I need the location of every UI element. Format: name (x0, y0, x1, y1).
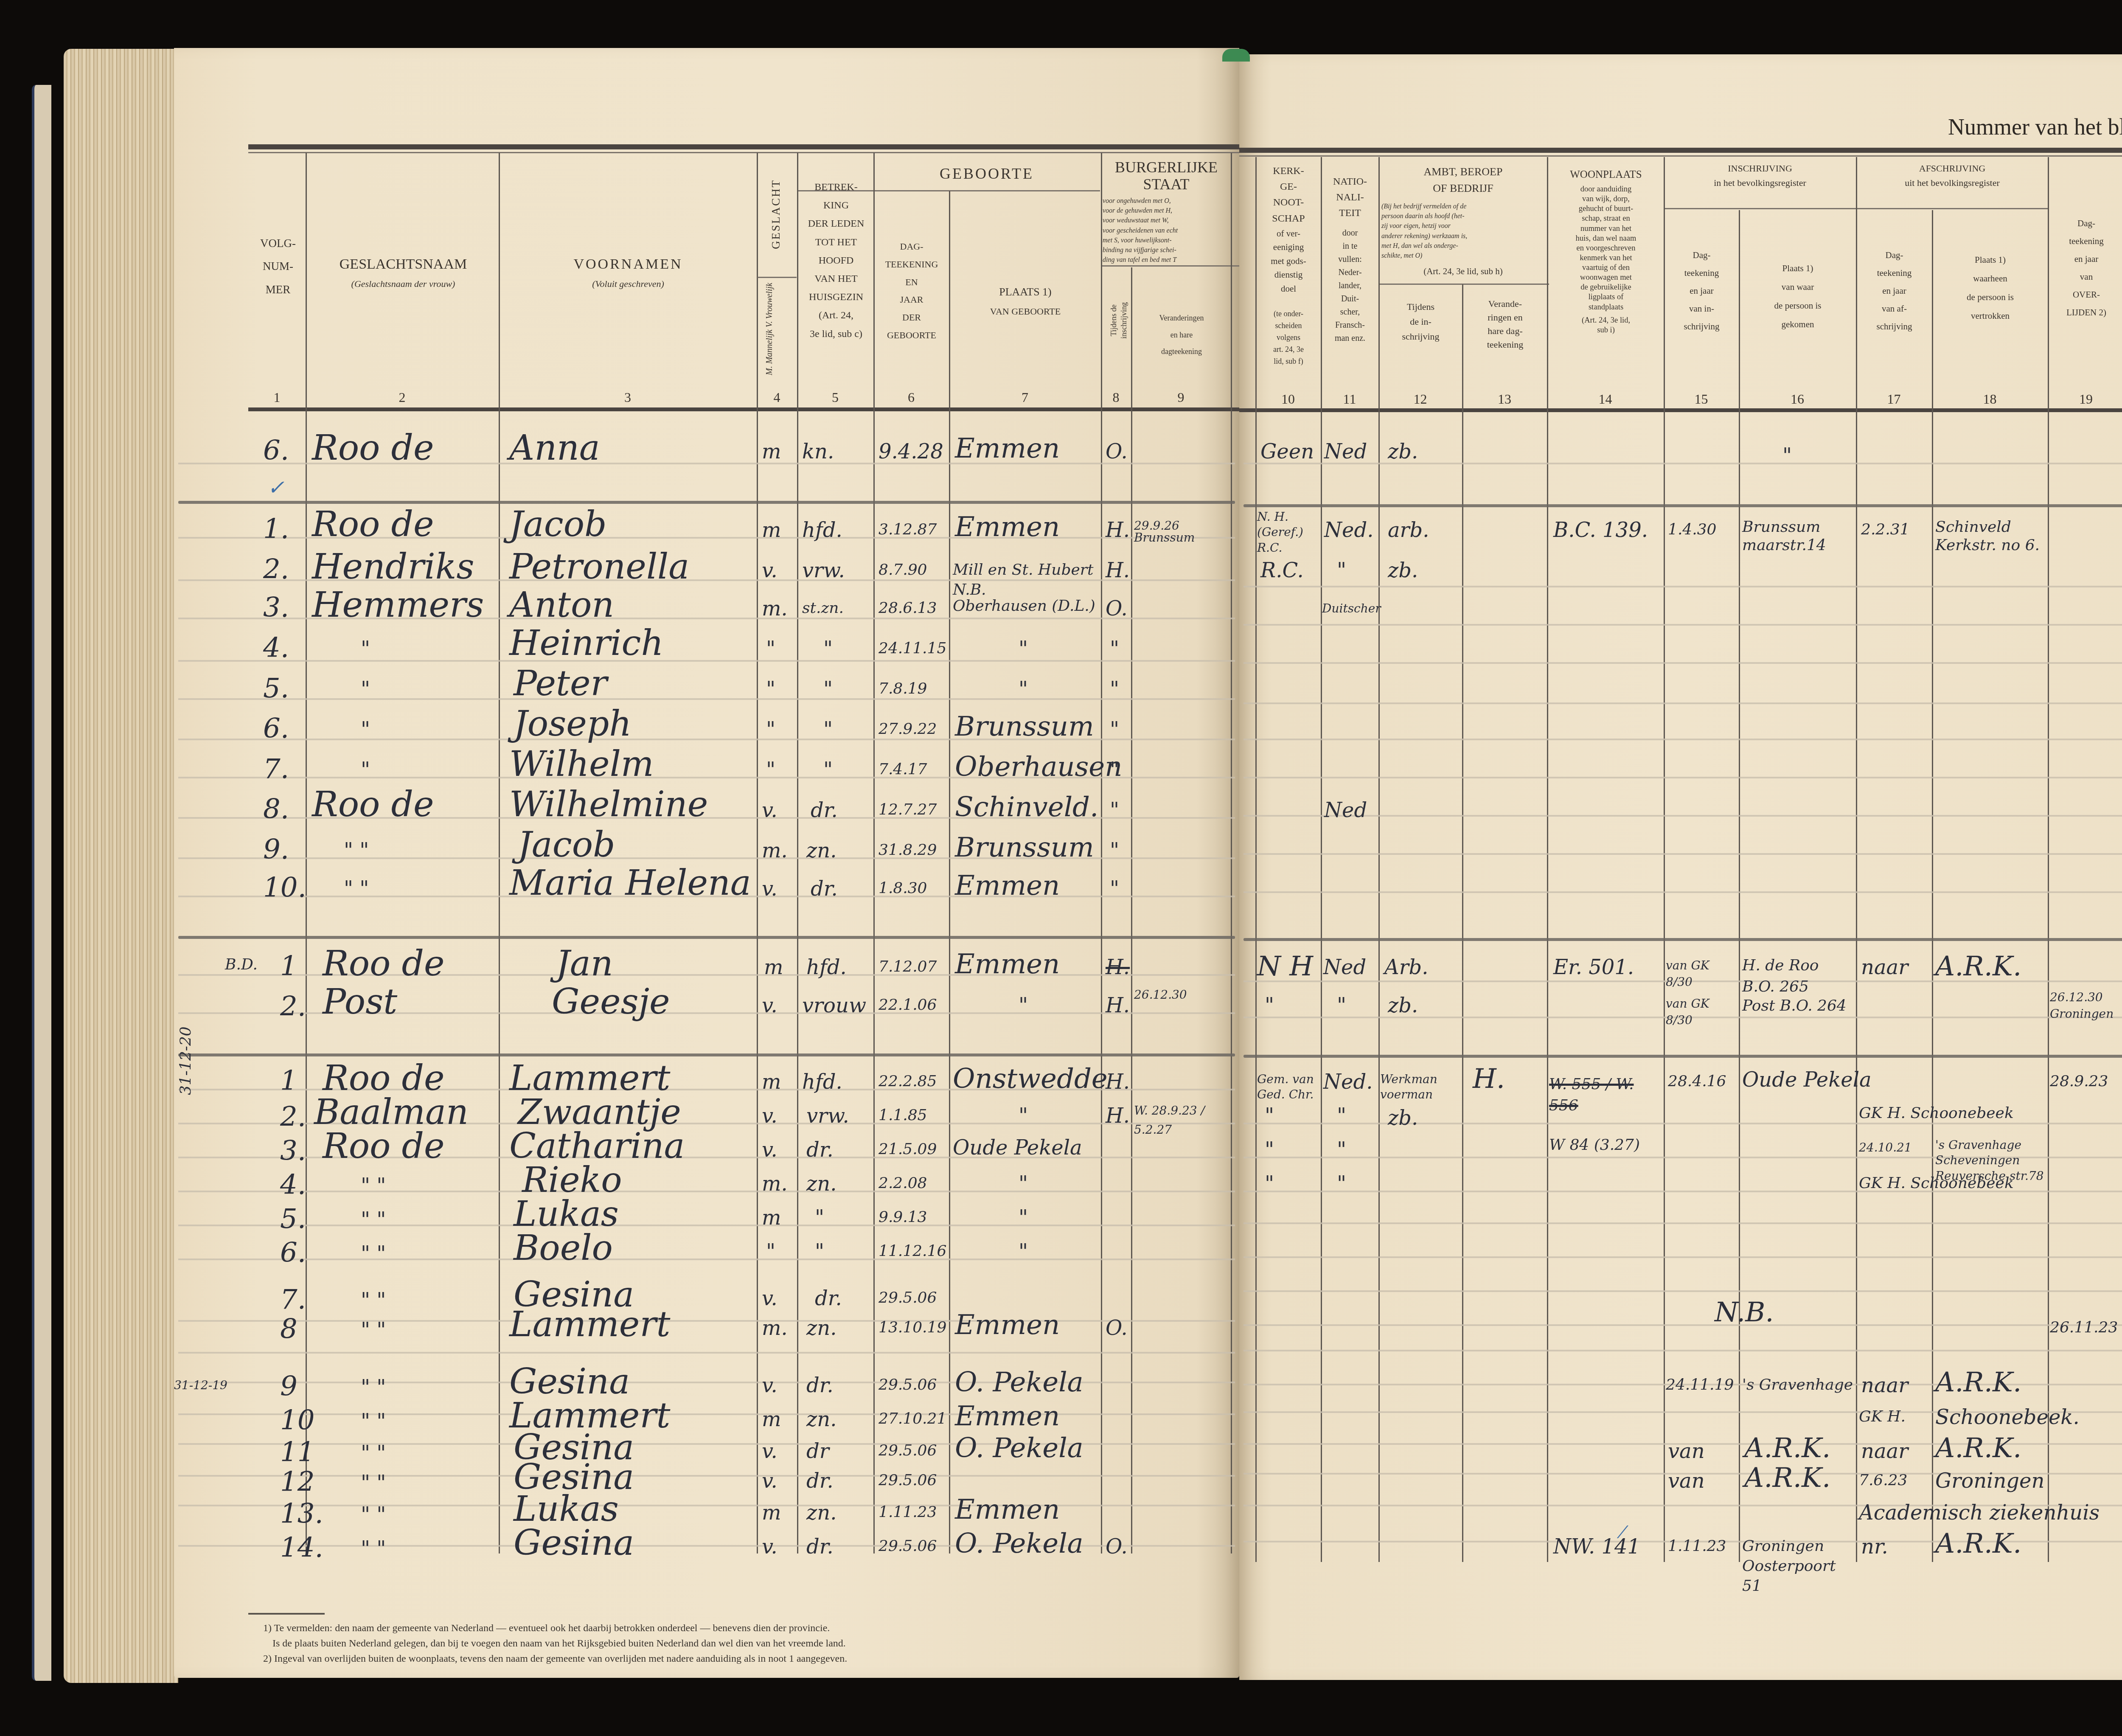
entry-volgnummer: 9 (280, 1373, 298, 1400)
header-insch-plaats: Plaats 1)van waarde persoon isgekomen (1740, 259, 1856, 334)
entry-dob: 28.6.13 (879, 601, 937, 616)
entry-pob: Oberhausen (955, 753, 1122, 781)
entry-afsch-place: Schinveld Kerkstr. no 6. (1935, 518, 2046, 554)
entry-volgnummer: 7. (280, 1286, 306, 1313)
col-divider (873, 153, 875, 1553)
entry-volgnummer: 6. (263, 715, 289, 742)
entry-firstname: Wilhelmine (509, 787, 708, 822)
entry-church: Gem. van Ged. Chr. (1257, 1072, 1321, 1103)
entry-surname: " (361, 639, 370, 659)
entry-afsch-date: 2.2.31 (1861, 522, 1910, 537)
colnum-6: 6 (873, 390, 949, 405)
entry-civil-status: H. (1106, 560, 1130, 581)
header-woonplaats: WOONPLAATS (1548, 168, 1664, 182)
colnum-9: 9 (1131, 390, 1231, 405)
entry-surname: Hemmers (312, 588, 484, 623)
entry-dob: 1.1.85 (879, 1108, 927, 1123)
entry-volgnummer: 11 (280, 1439, 314, 1466)
footnotes: 1) Te vermelden: den naam der gemeente v… (263, 1621, 847, 1666)
entry-church: N H (1257, 953, 1313, 980)
entry-nationality: Ned (1324, 800, 1367, 820)
entry-sex: m (762, 520, 781, 540)
header-geboorte: GEBOORTE (874, 163, 1099, 184)
entry-surname: Roo de (323, 947, 445, 981)
entry-firstname: Geesje (552, 985, 670, 1020)
entry-firstname: Lammert (509, 1061, 671, 1096)
entry-pob: Brunssum (955, 713, 1094, 740)
household-separator (178, 501, 1235, 504)
entry-dob: 13.10.19 (879, 1320, 946, 1335)
colnum-4: 4 (757, 390, 797, 405)
entry-firstname: Zwaantje (518, 1095, 681, 1130)
header-betrekking: BETREK-KINGDER LEDENTOT HETHOOFDVAN HETH… (798, 178, 874, 343)
entry-occupation: arb. (1388, 520, 1429, 540)
household-separator (1243, 1055, 2122, 1058)
col-divider (1932, 210, 1933, 1562)
entry-firstname: Wilhelm (509, 747, 654, 782)
header-top-thin-right (1239, 155, 2122, 157)
entry-dob: 27.10.21 (879, 1411, 946, 1427)
entry-death-date: 26.12.30 Groningen (2050, 989, 2122, 1022)
header-geslacht: GESLACHT (768, 172, 783, 257)
entry-dob: 8.7.90 (879, 562, 927, 578)
header-afsch-dag: Dag-teekeningen jaarvan af-schrijving (1857, 246, 1932, 335)
entry-dob: 1.11.23 (879, 1505, 937, 1520)
header-inschrijving: INSCHRIJVINGin het bevolkingsregister (1664, 161, 1855, 190)
household-separator (1243, 504, 2122, 507)
entry-firstname: Maria Helena (509, 866, 751, 901)
entry-pob: O. Pekela (955, 1369, 1083, 1396)
header-kerkgenootschap: KERK-GE-NOOT-SCHAP of ver-eenigingmet go… (1256, 163, 1321, 368)
entry-pob: Emmen (955, 435, 1060, 462)
household-separator (178, 1053, 1235, 1056)
colnum-14: 14 (1547, 391, 1664, 407)
entry-volgnummer: 8 (280, 1316, 298, 1343)
entry-volgnummer: 3. (263, 594, 289, 621)
entry-firstname: Joseph (514, 707, 632, 742)
entry-dob: 22.2.85 (879, 1074, 937, 1089)
entry-pob: Emmen (955, 1496, 1060, 1523)
entry-pob: Mill en St. Hubert N.B. (953, 560, 1099, 600)
entry-occupation: zb. (1388, 441, 1418, 462)
entry-dob: 3.12.87 (879, 522, 937, 537)
entry-relation: vrw. (802, 560, 845, 581)
col-divider (797, 153, 798, 1553)
entry-firstname: Gesina (509, 1365, 630, 1399)
col-divider (1231, 153, 1232, 1553)
entry-pob: Emmen (955, 951, 1060, 978)
entry-pob: Emmen (955, 1312, 1060, 1339)
entry-dob: 27.9.22 (879, 722, 937, 737)
entry-firstname: Heinrich (509, 626, 663, 661)
entry-church: Geen (1260, 441, 1314, 462)
entry-relation: st.zn. (802, 601, 844, 616)
header-volgnummer: VOLG-NUM-MER (250, 236, 306, 297)
entry-volgnummer: 6. (280, 1239, 306, 1267)
entry-volgnummer: 4. (280, 1171, 306, 1199)
entry-volgnummer: 8. (263, 796, 289, 823)
entry-cs-change: 29.9.26 Brunssum (1134, 520, 1229, 544)
entry-firstname: Boelo (514, 1231, 613, 1266)
entry-dob: 11.12.16 (879, 1244, 946, 1259)
colnum-10: 10 (1255, 391, 1321, 407)
header-ambt-note: (Bij het bedrijf vermelden of depersoon … (1381, 202, 1545, 261)
header-geslacht-sub: M. Mannelijk V. Vrouwelijk (764, 280, 775, 378)
entry-firstname: Petronella (509, 550, 689, 584)
colnum-15: 15 (1664, 391, 1739, 407)
entry-volgnummer: 5. (263, 675, 289, 702)
entry-volgnummer: 3. (280, 1138, 306, 1165)
entry-volgnummer: 2. (280, 993, 306, 1020)
entry-volgnummer: 6. (263, 437, 289, 464)
entry-pob: Oberhausen (D.L.) (953, 596, 1099, 616)
entry-dob: 29.5.06 (879, 1290, 937, 1306)
margin-note: 31-12-20 (178, 1026, 194, 1095)
header-plaats-geboorte: PLAATS 1) VAN GEBOORTE (951, 284, 1100, 318)
blue-pencil-mark-icon: ⁄ (1621, 1524, 1624, 1541)
entry-firstname: Peter (514, 666, 607, 701)
entry-dob: 22.1.06 (879, 997, 937, 1013)
check-mark-icon: ✓ (267, 478, 284, 498)
header-geslachtsnaam: GESLACHTSNAAM (Geslachtsnaam der vrouw) (308, 255, 499, 290)
entry-pob: O. Pekela (955, 1530, 1083, 1557)
entry-ditto: " (1782, 446, 1792, 466)
entry-volgnummer: 13. (280, 1500, 323, 1528)
entry-volgnummer: 1 (280, 1067, 298, 1095)
entry-civil-status: O. (1106, 598, 1128, 619)
ambt-group-rule (1379, 284, 1549, 285)
entry-civil-status: H. (1106, 520, 1130, 540)
entry-volgnummer: 1. (263, 516, 289, 543)
header-bottom-rule-right (1239, 408, 2122, 412)
entry-death-date: 28.9.23 (2050, 1074, 2108, 1089)
entry-firstname: Anna (509, 431, 600, 466)
margin-date: 31-12-19 (174, 1379, 227, 1391)
margin-note: B.D. (225, 957, 258, 972)
entry-dob: 29.5.06 (879, 1539, 937, 1554)
entry-residence: W. 555 / W. 556 (1549, 1074, 1634, 1117)
entry-volgnummer: 2. (280, 1104, 306, 1131)
entry-pob: Schinveld. (955, 794, 1098, 821)
entry-occupation: Werkman voerman (1380, 1072, 1463, 1103)
entry-surname: Roo de (312, 431, 434, 466)
page-stack-left (64, 49, 178, 1683)
entry-dob: 1.8.30 (879, 881, 927, 896)
col-divider (1739, 210, 1740, 1562)
entry-pob: Emmen (955, 872, 1060, 899)
header-ambt: AMBT, BEROEPOF BEDRIJF (1379, 163, 1547, 197)
entry-sex: v. (762, 560, 778, 581)
entry-firstname: Gesina (514, 1526, 634, 1561)
colnum-5: 5 (797, 390, 873, 405)
entry-cs-change: W. 28.9.23 / 5.2.27 (1134, 1101, 1229, 1140)
footnote-rule (248, 1613, 325, 1615)
colnum-3: 3 (499, 390, 757, 405)
header-ambt-veranderingen: Verande-ringen enhare dag-teekening (1463, 297, 1547, 351)
entry-firstname: Anton (509, 588, 614, 623)
household-separator (178, 936, 1235, 939)
header-bs-veranderingen: Veranderingenen haredagteekening (1133, 310, 1230, 360)
entry-relation: hfd. (802, 520, 842, 540)
entry-surname: Post (323, 985, 397, 1020)
entry-residence: NW. 141 (1553, 1537, 1640, 1557)
entry-death-date: 26.11.23 (2050, 1320, 2118, 1335)
entry-dob: 29.5.06 (879, 1443, 937, 1458)
entry-dob: 7.8.19 (879, 681, 927, 697)
col-divider (1462, 284, 1463, 1562)
col-divider (306, 153, 307, 1553)
header-top-rule-left (248, 144, 1239, 149)
entry-firstname: Lukas (514, 1197, 619, 1232)
header-burgerlijke-staat: BURGERLIJKESTAAT (1103, 159, 1230, 193)
entry-occupation: zb. (1388, 560, 1418, 581)
entry-dob: 24.11.15 (879, 641, 946, 656)
header-top-thin-left (248, 152, 1239, 153)
colnum-2: 2 (306, 390, 499, 405)
entry-surname: Roo de (323, 1061, 445, 1096)
entry-pob: Emmen (955, 514, 1060, 541)
colnum-12: 12 (1378, 391, 1462, 407)
entry-church: R.C. (1260, 560, 1304, 581)
entry-dob: 9.9.13 (879, 1210, 927, 1225)
sheet-number-label: Nummer van het blad (1948, 114, 2122, 140)
entry-sex: m (762, 441, 781, 462)
entry-dob: 9.4.28 (879, 441, 943, 462)
header-dagteekening: DAG-TEEKENINGENJAARDERGEBOORTE (874, 238, 949, 344)
entry-civil-status: O. (1106, 441, 1128, 462)
entry-residence: B.C. 139. (1553, 520, 1648, 540)
entry-dob: 12.7.27 (879, 802, 937, 817)
entry-volgnummer: 5. (280, 1205, 306, 1233)
book-cover-left (32, 85, 51, 1681)
header-voornamen: VOORNAMEN (Voluit geschreven) (501, 255, 755, 290)
entry-relation: kn. (802, 441, 834, 462)
entry-dob: 7.12.07 (879, 959, 937, 975)
header-ambt-tijdens: Tijdensde in-schrijving (1379, 299, 1462, 344)
entry-surname: Roo de (323, 1129, 445, 1164)
header-afschrijving: AFSCHRIJVINGuit het bevolkingsregister (1857, 161, 2048, 190)
entry-dob: 2.2.08 (879, 1176, 927, 1191)
entry-residence: W 84 (3.27) (1549, 1138, 1640, 1153)
bookmark-ribbon (1222, 49, 1250, 62)
colnum-8: 8 (1101, 390, 1131, 405)
entry-firstname: Rieko (522, 1163, 622, 1198)
entry-pob: Onstwedde (953, 1065, 1108, 1093)
entry-volgnummer: 10 (280, 1407, 314, 1434)
burgerlijke-staat-rule (1101, 265, 1239, 267)
entry-firstname: Catharina (509, 1129, 685, 1164)
header-overlijden: Dag-teekeningen jaarvanOVER-LIJDEN 2) (2049, 214, 2122, 321)
colnum-11: 11 (1321, 391, 1378, 407)
entry-pob: Brunssum (955, 834, 1094, 861)
household-separator (1243, 938, 2122, 941)
entry-firstname: Jacob (518, 828, 615, 862)
entry-dob: 31.8.29 (879, 843, 937, 858)
entry-sex: m. (762, 598, 788, 619)
entry-firstname: Jan (556, 947, 613, 981)
header-bottom-rule-left (248, 407, 1239, 411)
entry-residence: Er. 501. (1553, 957, 1634, 978)
col-divider (1131, 267, 1132, 1553)
header-bs-tijdens: Tijdens de inschrijving (1109, 289, 1129, 352)
header-nationaliteit: NATIO-NALI-TEIT doorin tevullen:Neder-la… (1322, 174, 1378, 345)
colnum-18: 18 (1932, 391, 2048, 407)
entry-volgnummer: 12 (280, 1469, 314, 1496)
entry-insch-date: 1.4.30 (1668, 522, 1717, 537)
colnum-7: 7 (949, 390, 1101, 405)
entry-nationality: Ned (1324, 441, 1367, 462)
entry-nationality: Ned. (1324, 520, 1373, 540)
entry-volgnummer: 10. (263, 874, 306, 902)
header-woonplaats-note: door aanduidingvan wijk, dorp,gehucht of… (1548, 185, 1664, 335)
entry-volgnummer: 4. (263, 635, 289, 662)
entry-volgnummer: 1 (280, 953, 298, 980)
colnum-16: 16 (1739, 391, 1856, 407)
entry-volgnummer: 14. (280, 1534, 323, 1562)
entry-dob: 7.4.17 (879, 762, 927, 777)
entry-volgnummer: 9. (263, 836, 289, 863)
colnum-13: 13 (1462, 391, 1547, 407)
entry-surname: Roo de (312, 787, 434, 822)
entry-surname: Baalman (314, 1095, 469, 1130)
entry-firstname: Jacob (509, 507, 607, 542)
entry-firstname: Lammert (509, 1307, 671, 1342)
entry-cs-change: 26.12.30 (1134, 989, 1187, 1001)
header-top-rule-right (1239, 148, 2122, 153)
header-ambt-art: (Art. 24, 3e lid, sub h) (1379, 265, 1547, 277)
colnum-1: 1 (248, 390, 306, 405)
entry-firstname: Lukas (514, 1492, 619, 1527)
entry-church: N. H. (Geref.) R.C. (1257, 509, 1321, 556)
entry-pob: Oude Pekela (953, 1138, 1082, 1158)
header-afsch-plaats: Plaats 1)waarheende persoon isvertrokken (1933, 250, 2048, 325)
col-divider (757, 153, 758, 1553)
entry-dob: 29.5.06 (879, 1377, 937, 1393)
entry-insch-place: Brunssum maarstr.14 (1742, 518, 1853, 554)
entry-pob: O. Pekela (955, 1435, 1083, 1462)
entry-pob: Emmen (955, 1403, 1060, 1430)
entry-nationality: " (1337, 560, 1346, 581)
colnum-17: 17 (1856, 391, 1932, 407)
entry-dob: 29.5.06 (879, 1473, 937, 1488)
entry-volgnummer: 7. (263, 756, 289, 783)
entry-volgnummer: 2. (263, 556, 289, 583)
colnum-19: 19 (2048, 391, 2122, 407)
header-insch-dag: Dag-teekeningen jaarvan in-schrijving (1664, 246, 1739, 335)
col-divider (499, 153, 500, 1553)
entry-surname: Hendriks (312, 550, 474, 584)
header-burgerlijke-staat-note: voor ongehuwden met O,voor de gehuwden m… (1103, 196, 1230, 265)
entry-surname: Roo de (312, 507, 434, 542)
entry-nationality: Duitscher (1322, 603, 1381, 615)
entry-dob: 21.5.09 (879, 1142, 937, 1157)
col-divider (1101, 153, 1102, 1553)
